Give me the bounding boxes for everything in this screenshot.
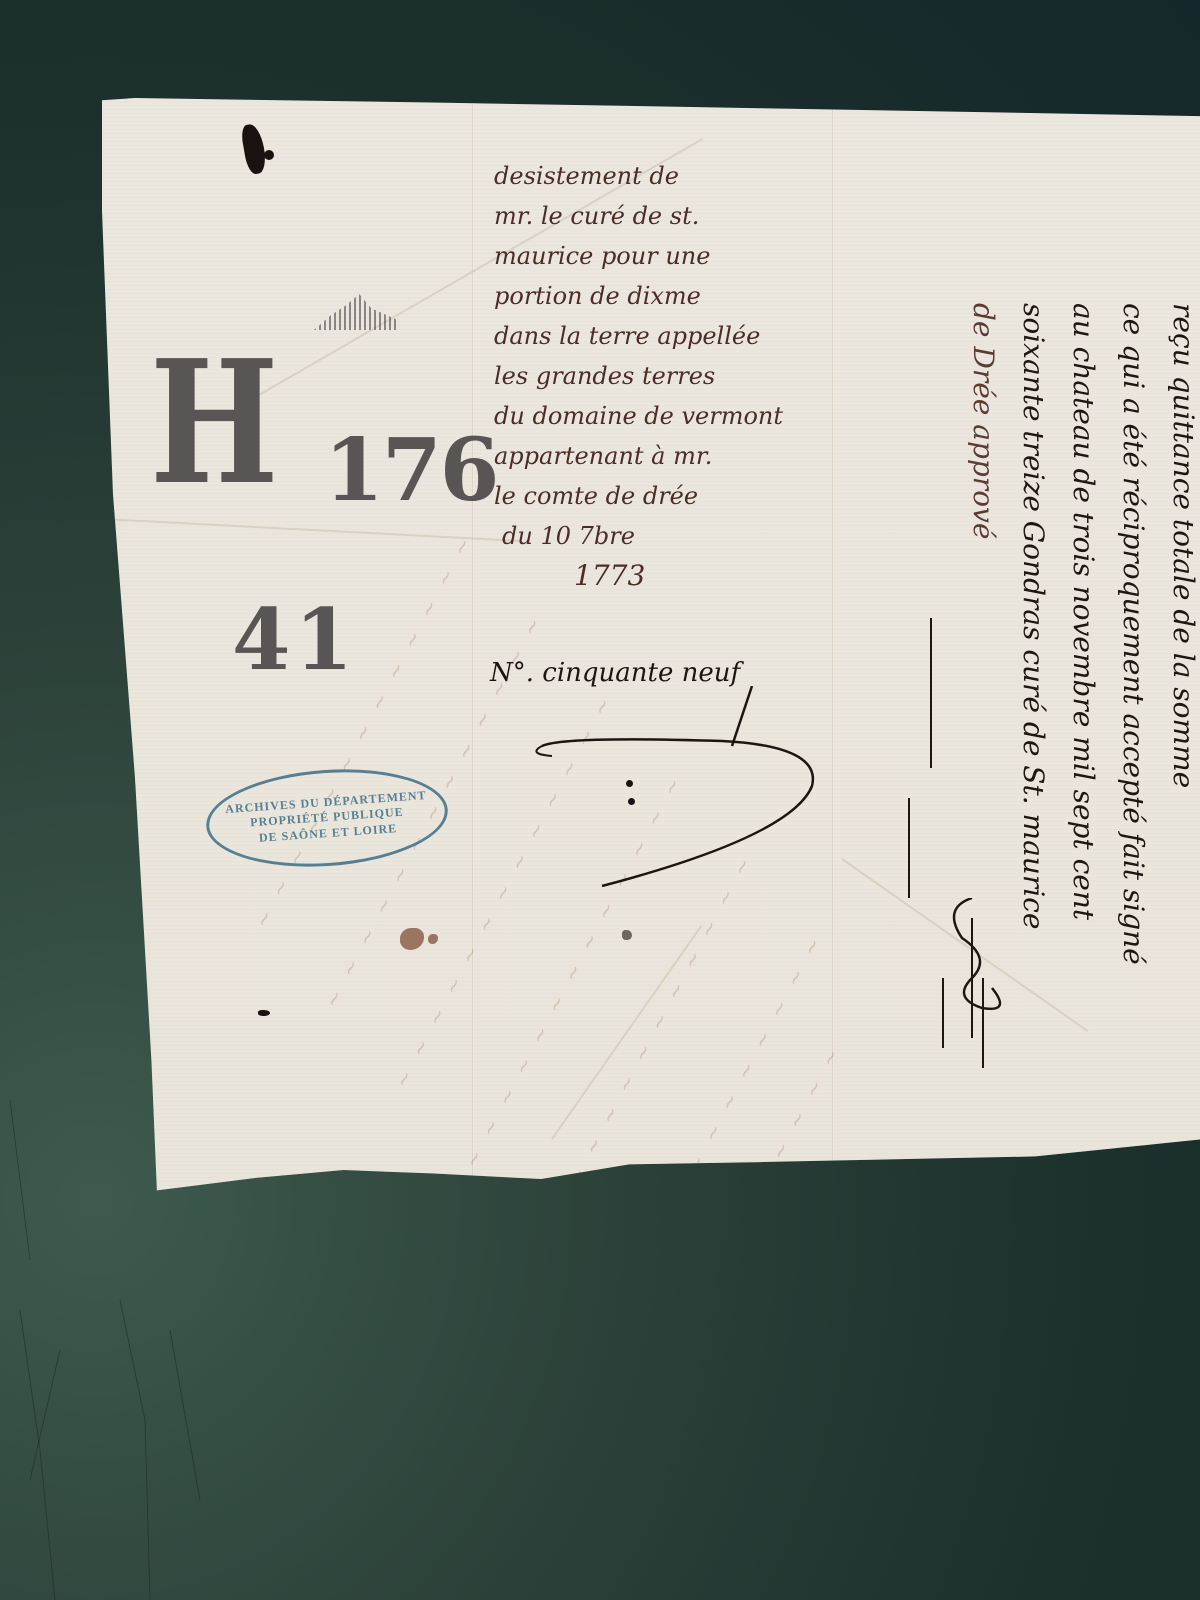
cover-note: desistement de mr. le curé de st. mauric… [494, 156, 834, 596]
stain [400, 928, 424, 950]
endorsement-signature: N°. cinquante neuf [490, 658, 740, 688]
stain [428, 934, 438, 944]
signature-flourish-icon [522, 686, 832, 896]
item-number-stencil: 41 [232, 598, 357, 682]
paper-fold-left [472, 98, 474, 1230]
note-year: 1773 [494, 556, 834, 596]
paraph-flourish-icon [932, 898, 1032, 1038]
note-line: mr. le curé de st. [494, 196, 834, 236]
ink-spot [258, 1010, 270, 1016]
rule-line [930, 618, 932, 768]
ink-blot [264, 150, 274, 160]
ink-spot [622, 930, 632, 940]
note-line: les grandes terres [494, 356, 834, 396]
bleed-through-text: ~ ~ ~ ~ ~ ~ ~ ~ ~ ~ ~ ~ ~ [249, 528, 479, 931]
rotated-text-line: soixante treize Gondras curé de St. maur… [1017, 303, 1050, 929]
series-letter-stencil: H [150, 338, 275, 508]
note-line: maurice pour une [494, 236, 834, 276]
ink-blot [240, 123, 268, 176]
note-line: portion de dixme [494, 276, 834, 316]
rotated-text-line: de Drée apprové [967, 303, 1000, 539]
rule-line [908, 798, 910, 898]
bleed-through-text: ~ ~ ~ ~ ~ ~ ~ ~ ~ ~ ~ [651, 1039, 848, 1380]
manuscript-paper: ~ ~ ~ ~ ~ ~ ~ ~ ~ ~ ~ ~ ~ ~ ~ ~ ~ ~ ~ ~ … [102, 98, 1200, 1230]
rotated-text-line: ce qui a été réciproquement accepté fait… [1117, 303, 1150, 965]
endorsement-number-label: N°. [490, 658, 534, 688]
note-date: du 10 7bre [494, 516, 834, 556]
rotated-text-line: au chateau de trois novembre mil sept ce… [1067, 303, 1100, 920]
note-line: du domaine de vermont [494, 396, 834, 436]
note-line: desistement de [494, 156, 834, 196]
note-line: dans la terre appellée [494, 316, 834, 356]
rotated-text-line: reçu quittance totale de la somme [1167, 303, 1200, 788]
note-line: appartenant à mr. [494, 436, 834, 476]
endorsement-number-text: cinquante neuf [542, 658, 740, 688]
stencil-smudge [314, 294, 396, 330]
series-number-stencil: 176 [324, 428, 498, 514]
note-line: le comte de drée [494, 476, 834, 516]
bleed-through-text: ~ ~ ~ ~ ~ ~ ~ ~ ~ ~ ~ ~ ~ [529, 848, 759, 1251]
